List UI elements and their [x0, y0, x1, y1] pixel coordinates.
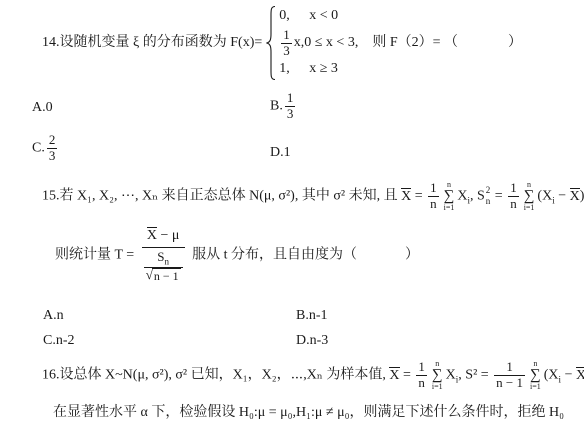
fraction-1-over-n: 1n	[416, 360, 427, 390]
question-15-stem: 15.若 X₁, X₂, ⋯, Xₙ 来自正态总体 N(μ, σ²), 其中 σ…	[42, 180, 584, 213]
q15-line2-tail: 服从 t 分布，且自由度为（	[189, 248, 357, 263]
fraction-two-thirds: 23	[47, 133, 58, 163]
option-b-label: B.	[296, 308, 309, 323]
variable-X: X	[542, 189, 552, 204]
q16-line2-text: 在显著性水平 α 下，检验假设 H₀:μ = μ₀,H₁:μ ≠ μ₀，则满足下…	[53, 405, 564, 420]
fraction-one-third: 13	[281, 28, 292, 58]
S-squared: S²	[465, 368, 477, 383]
case-2-condition: x,0 ≤ x < 3,	[294, 34, 359, 53]
piecewise-cases: 0,x < 013x,0 ≤ x < 3,1,x ≥ 3	[279, 7, 358, 79]
x-bar: X	[570, 188, 580, 205]
radical: √n − 1	[146, 268, 181, 284]
fraction-denominator: n	[428, 196, 439, 212]
fraction-denominator: n − 1	[494, 375, 525, 391]
case-row-1: 0,x < 0	[279, 7, 358, 26]
fraction-denominator: n	[508, 196, 519, 212]
sn-over-sqrt: Sn√n − 1	[144, 250, 183, 284]
summation-icon: n∑i=1	[524, 180, 535, 213]
option-15-d: D.n-3	[296, 332, 328, 351]
sqrt-n-minus-1: √n − 1	[144, 267, 183, 284]
option-b-value: n-1	[309, 308, 328, 323]
fraction-denominator: 3	[47, 148, 58, 164]
case-1-condition: x < 0	[309, 7, 338, 26]
case-row-3: 1,x ≥ 3	[279, 60, 358, 79]
variable-X: X	[548, 368, 558, 383]
case-3-condition: x ≥ 3	[309, 60, 338, 79]
equals-sign: =	[400, 368, 415, 383]
exam-page: { "page": { "bg": "#ffffff", "ink": "#1a…	[0, 0, 584, 433]
option-a-value: 0	[46, 100, 53, 115]
fraction-1-over-n: 1n	[508, 181, 519, 211]
case-3-value: 1,	[279, 60, 309, 79]
t-numerator: X − μ	[143, 227, 184, 247]
option-a-label: A.	[32, 100, 46, 115]
q15-line2-lead: 则统计量 T =	[55, 248, 138, 263]
fraction-denominator: n	[416, 375, 427, 391]
S-n-squared-indices: 2n	[486, 185, 491, 208]
sigma-symbol: ∑	[444, 189, 455, 203]
option-a-value: n	[57, 308, 64, 323]
fraction-1-over-n-minus-1: 1n − 1	[494, 360, 525, 390]
statistic-S: S	[477, 189, 485, 204]
sigma-symbol: ∑	[530, 368, 541, 382]
case-1-value: 0,	[279, 7, 309, 26]
option-c-label: C.	[32, 140, 45, 155]
subscript-n: n	[165, 256, 170, 266]
S-sub-n: Sn	[155, 250, 171, 267]
case-row-2: 13x,0 ≤ x < 3,	[279, 28, 358, 58]
q14-intro-text: 14.设随机变量 ξ 的分布函数为 F(x)=	[42, 35, 262, 50]
summation-icon: n∑i=1	[444, 180, 455, 213]
summation-icon: n∑i=1	[530, 359, 541, 392]
sum-lower-limit: i=1	[524, 203, 535, 212]
equals-sign: =	[491, 189, 506, 204]
fraction-denominator: 3	[281, 43, 292, 59]
fraction-denominator: 3	[285, 106, 296, 122]
option-15-b: B.n-1	[296, 307, 328, 326]
q16-intro-text: 16.设总体 X~N(μ, σ²), σ² 已知，X₁，X₂，⋯,Xₙ 为样本值…	[42, 368, 389, 383]
q15-intro-text: 15.若 X₁, X₂, ⋯, Xₙ 来自正态总体 N(μ, σ²), 其中 σ…	[42, 189, 401, 204]
question-16-hypothesis: 在显著性水平 α 下，检验假设 H₀:μ = μ₀,H₁:μ ≠ μ₀，则满足下…	[53, 404, 564, 423]
fraction-one-third: 13	[285, 91, 296, 121]
option-14-c: C.23	[32, 133, 59, 163]
x-bar: X	[401, 188, 411, 205]
piecewise-function: 0,x < 013x,0 ≤ x < 3,1,x ≥ 3	[266, 5, 358, 81]
sigma-symbol: ∑	[432, 368, 443, 382]
q15-line2-close: ）	[405, 248, 419, 263]
option-14-a: A.0	[32, 99, 53, 118]
radicand: n − 1	[152, 268, 181, 284]
x-bar: X	[147, 227, 157, 244]
question-16-stem: 16.设总体 X~N(μ, σ²), σ² 已知，X₁，X₂，⋯,Xₙ 为样本值…	[42, 359, 584, 392]
option-d-value: n-3	[310, 333, 329, 348]
minus-sign: −	[555, 189, 570, 204]
fraction-numerator: 1	[285, 91, 296, 106]
minus-sign: −	[561, 368, 576, 383]
option-15-a: A.n	[43, 307, 64, 326]
option-c-label: C.	[43, 333, 56, 348]
fraction-numerator: 1	[281, 28, 292, 43]
t-denominator: Sn√n − 1	[142, 247, 185, 284]
option-d-label: D.	[296, 333, 310, 348]
equals-sign: =	[477, 368, 492, 383]
t-statistic-fraction: X − μSn√n − 1	[142, 227, 185, 284]
question-15-statistic: 则统计量 T = X − μSn√n − 1 服从 t 分布，且自由度为（）	[55, 227, 419, 284]
curly-brace-icon	[266, 5, 276, 81]
x-bar: X	[576, 367, 584, 384]
fraction-numerator: 2	[47, 133, 58, 148]
option-14-b: B.13	[270, 91, 297, 121]
subscript-n: n	[486, 196, 491, 207]
sum-lower-limit: i=1	[432, 382, 443, 391]
fraction-numerator: 1	[508, 181, 519, 196]
option-a-label: A.	[43, 308, 57, 323]
variable-X: X	[457, 189, 467, 204]
fraction-numerator: 1	[504, 360, 515, 375]
sum-lower-limit: i=1	[444, 203, 455, 212]
fraction-1-over-n: 1n	[428, 181, 439, 211]
sigma-symbol: ∑	[524, 189, 535, 203]
superscript-2: 2	[486, 185, 491, 196]
question-14-stem: 14.设随机变量 ξ 的分布函数为 F(x)=0,x < 013x,0 ≤ x …	[42, 5, 522, 81]
minus-mu: − μ	[157, 228, 179, 243]
comma: ,	[470, 189, 477, 204]
option-b-label: B.	[270, 98, 283, 113]
option-14-d: D.1	[270, 144, 291, 163]
q14-question-close: ）	[508, 35, 522, 50]
option-d-value: 1	[284, 145, 291, 160]
equals-sign: =	[411, 189, 426, 204]
close-paren-squared: )² ,	[580, 189, 584, 204]
statistic-S: S	[157, 249, 164, 264]
option-c-value: n-2	[56, 333, 75, 348]
variable-X: X	[446, 368, 456, 383]
fraction-numerator: 1	[416, 360, 427, 375]
summation-icon: n∑i=1	[432, 359, 443, 392]
q14-question-text: 则 F（2）= （	[372, 35, 458, 50]
fraction-numerator: 1	[428, 181, 439, 196]
sum-lower-limit: i=1	[530, 382, 541, 391]
option-15-c: C.n-2	[43, 332, 75, 351]
option-d-label: D.	[270, 145, 284, 160]
x-bar: X	[389, 367, 399, 384]
